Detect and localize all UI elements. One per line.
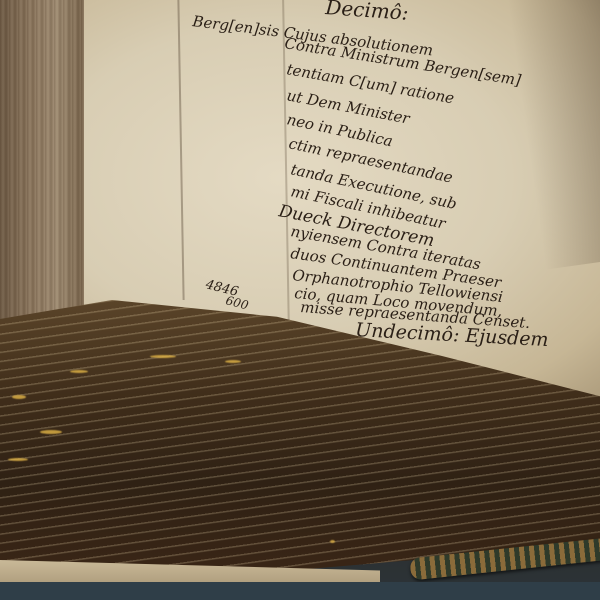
background-surface <box>0 582 600 600</box>
gilt-highlight <box>150 355 176 358</box>
gilt-highlight <box>70 370 88 373</box>
margin-subnumber: 600 <box>224 293 250 312</box>
gilt-highlight <box>40 430 62 434</box>
gilt-highlight <box>330 540 335 543</box>
manuscript-photo: Decimô: Berg[en]sis Cujus absolutionem C… <box>0 0 600 600</box>
gilt-highlight <box>12 395 26 399</box>
text-line: Decimô: <box>324 0 410 25</box>
gilt-highlight <box>8 458 28 461</box>
gilt-highlight <box>225 360 241 363</box>
